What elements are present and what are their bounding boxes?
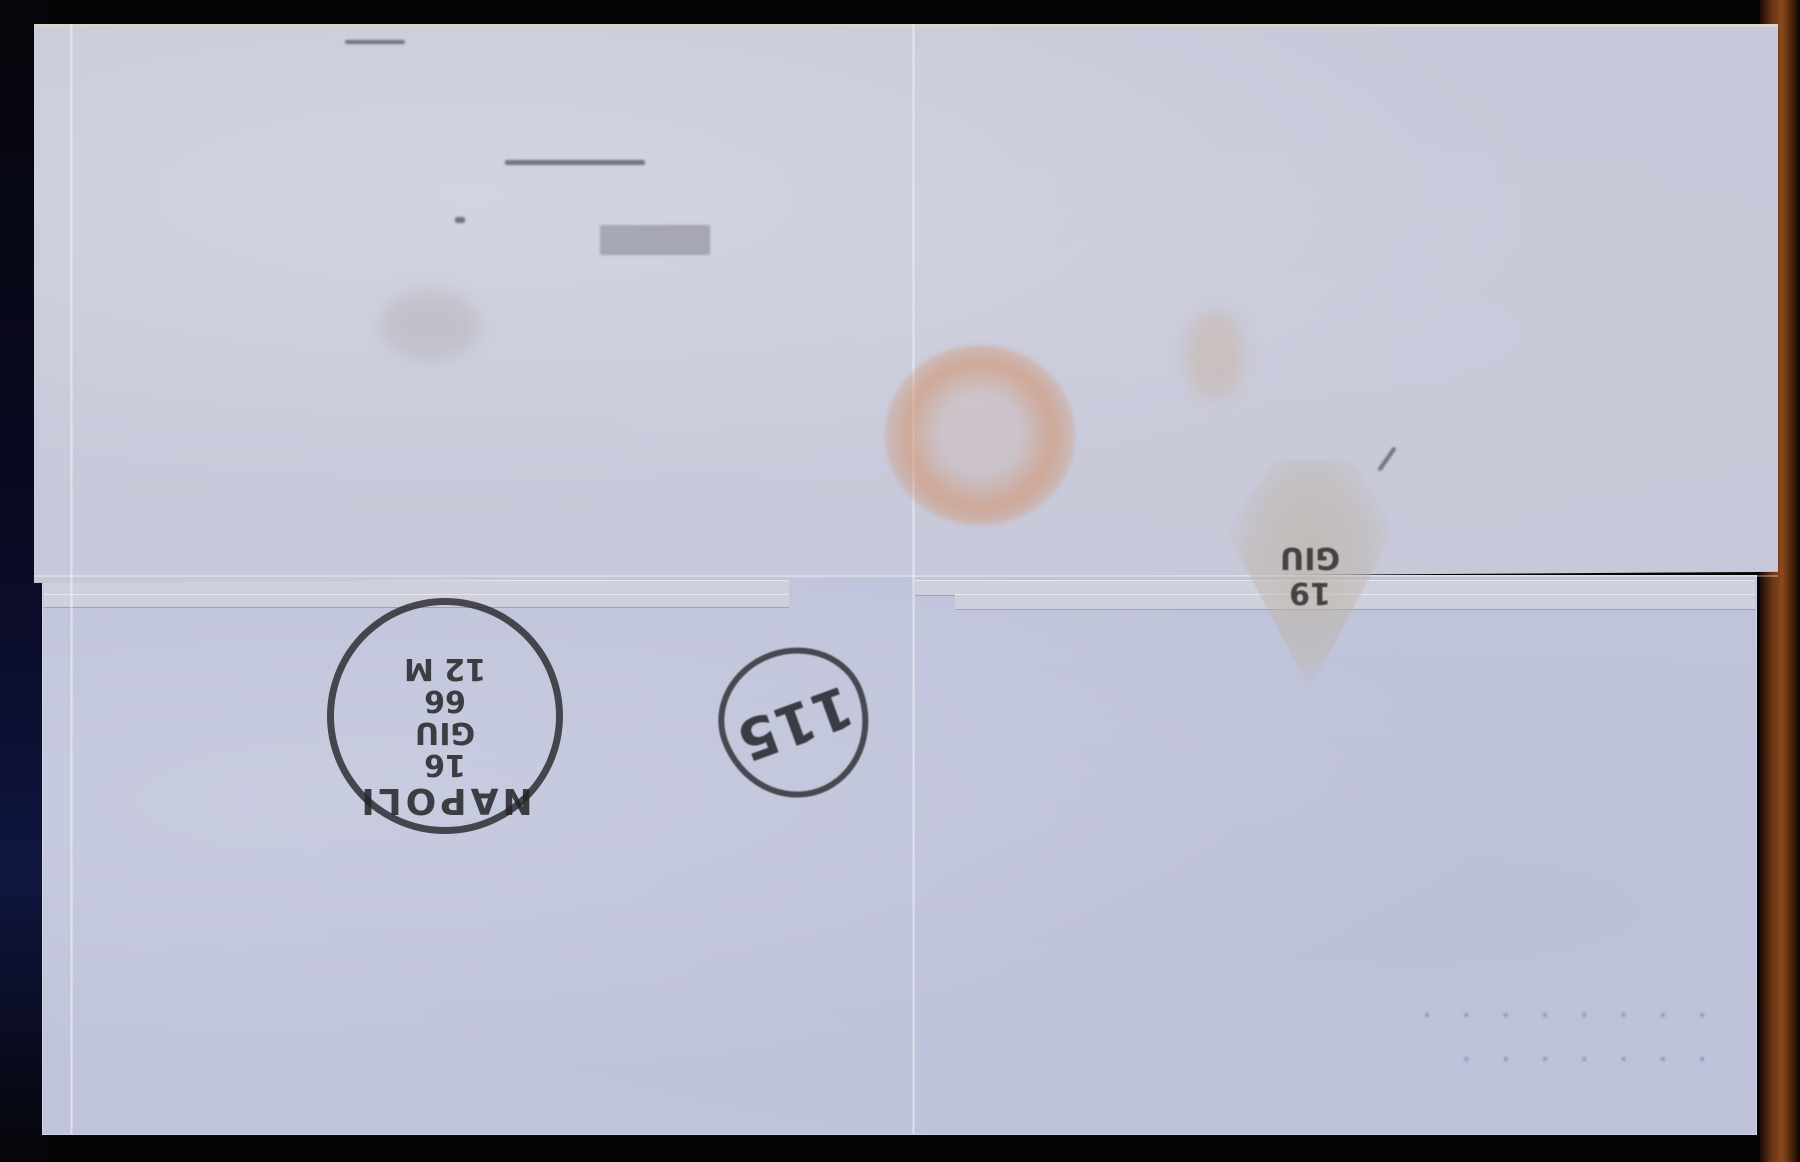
red-postal-cancel (885, 345, 1075, 525)
postmark-town: NAPOLI (334, 780, 556, 821)
postmark-time: 12 M (404, 652, 486, 684)
postmark-day: 19 (1289, 575, 1331, 610)
letter-top-flap (34, 24, 1778, 583)
fold-line-center (912, 24, 915, 1134)
paper-stain (1185, 310, 1245, 400)
ink-bleed-mark (345, 40, 405, 44)
blue-faded-handstamp: · · · · · · · · · · · · · · · (1380, 985, 1710, 1087)
postmark-month: GIU (1280, 540, 1340, 575)
handstamp-line-1: · · · · · · · (1380, 1043, 1710, 1073)
handstamp-line-2: · · · · · · · · (1380, 999, 1710, 1029)
napoli-circular-datestamp: NAPOLI 16 GIU 66 12 M (327, 598, 563, 834)
ink-bleed-mark (455, 217, 465, 223)
paper-stain (380, 290, 480, 360)
fold-line-horizontal (34, 575, 1778, 577)
postmark-numeral: 115 (729, 672, 861, 773)
ink-bleed-mark (505, 160, 645, 165)
fold-line-left (70, 24, 73, 1134)
ink-bleed-mark (600, 225, 710, 255)
postmark-year: 66 (424, 684, 466, 716)
postmark-day: 16 (424, 748, 466, 780)
postmark-month: GIU (415, 716, 475, 748)
